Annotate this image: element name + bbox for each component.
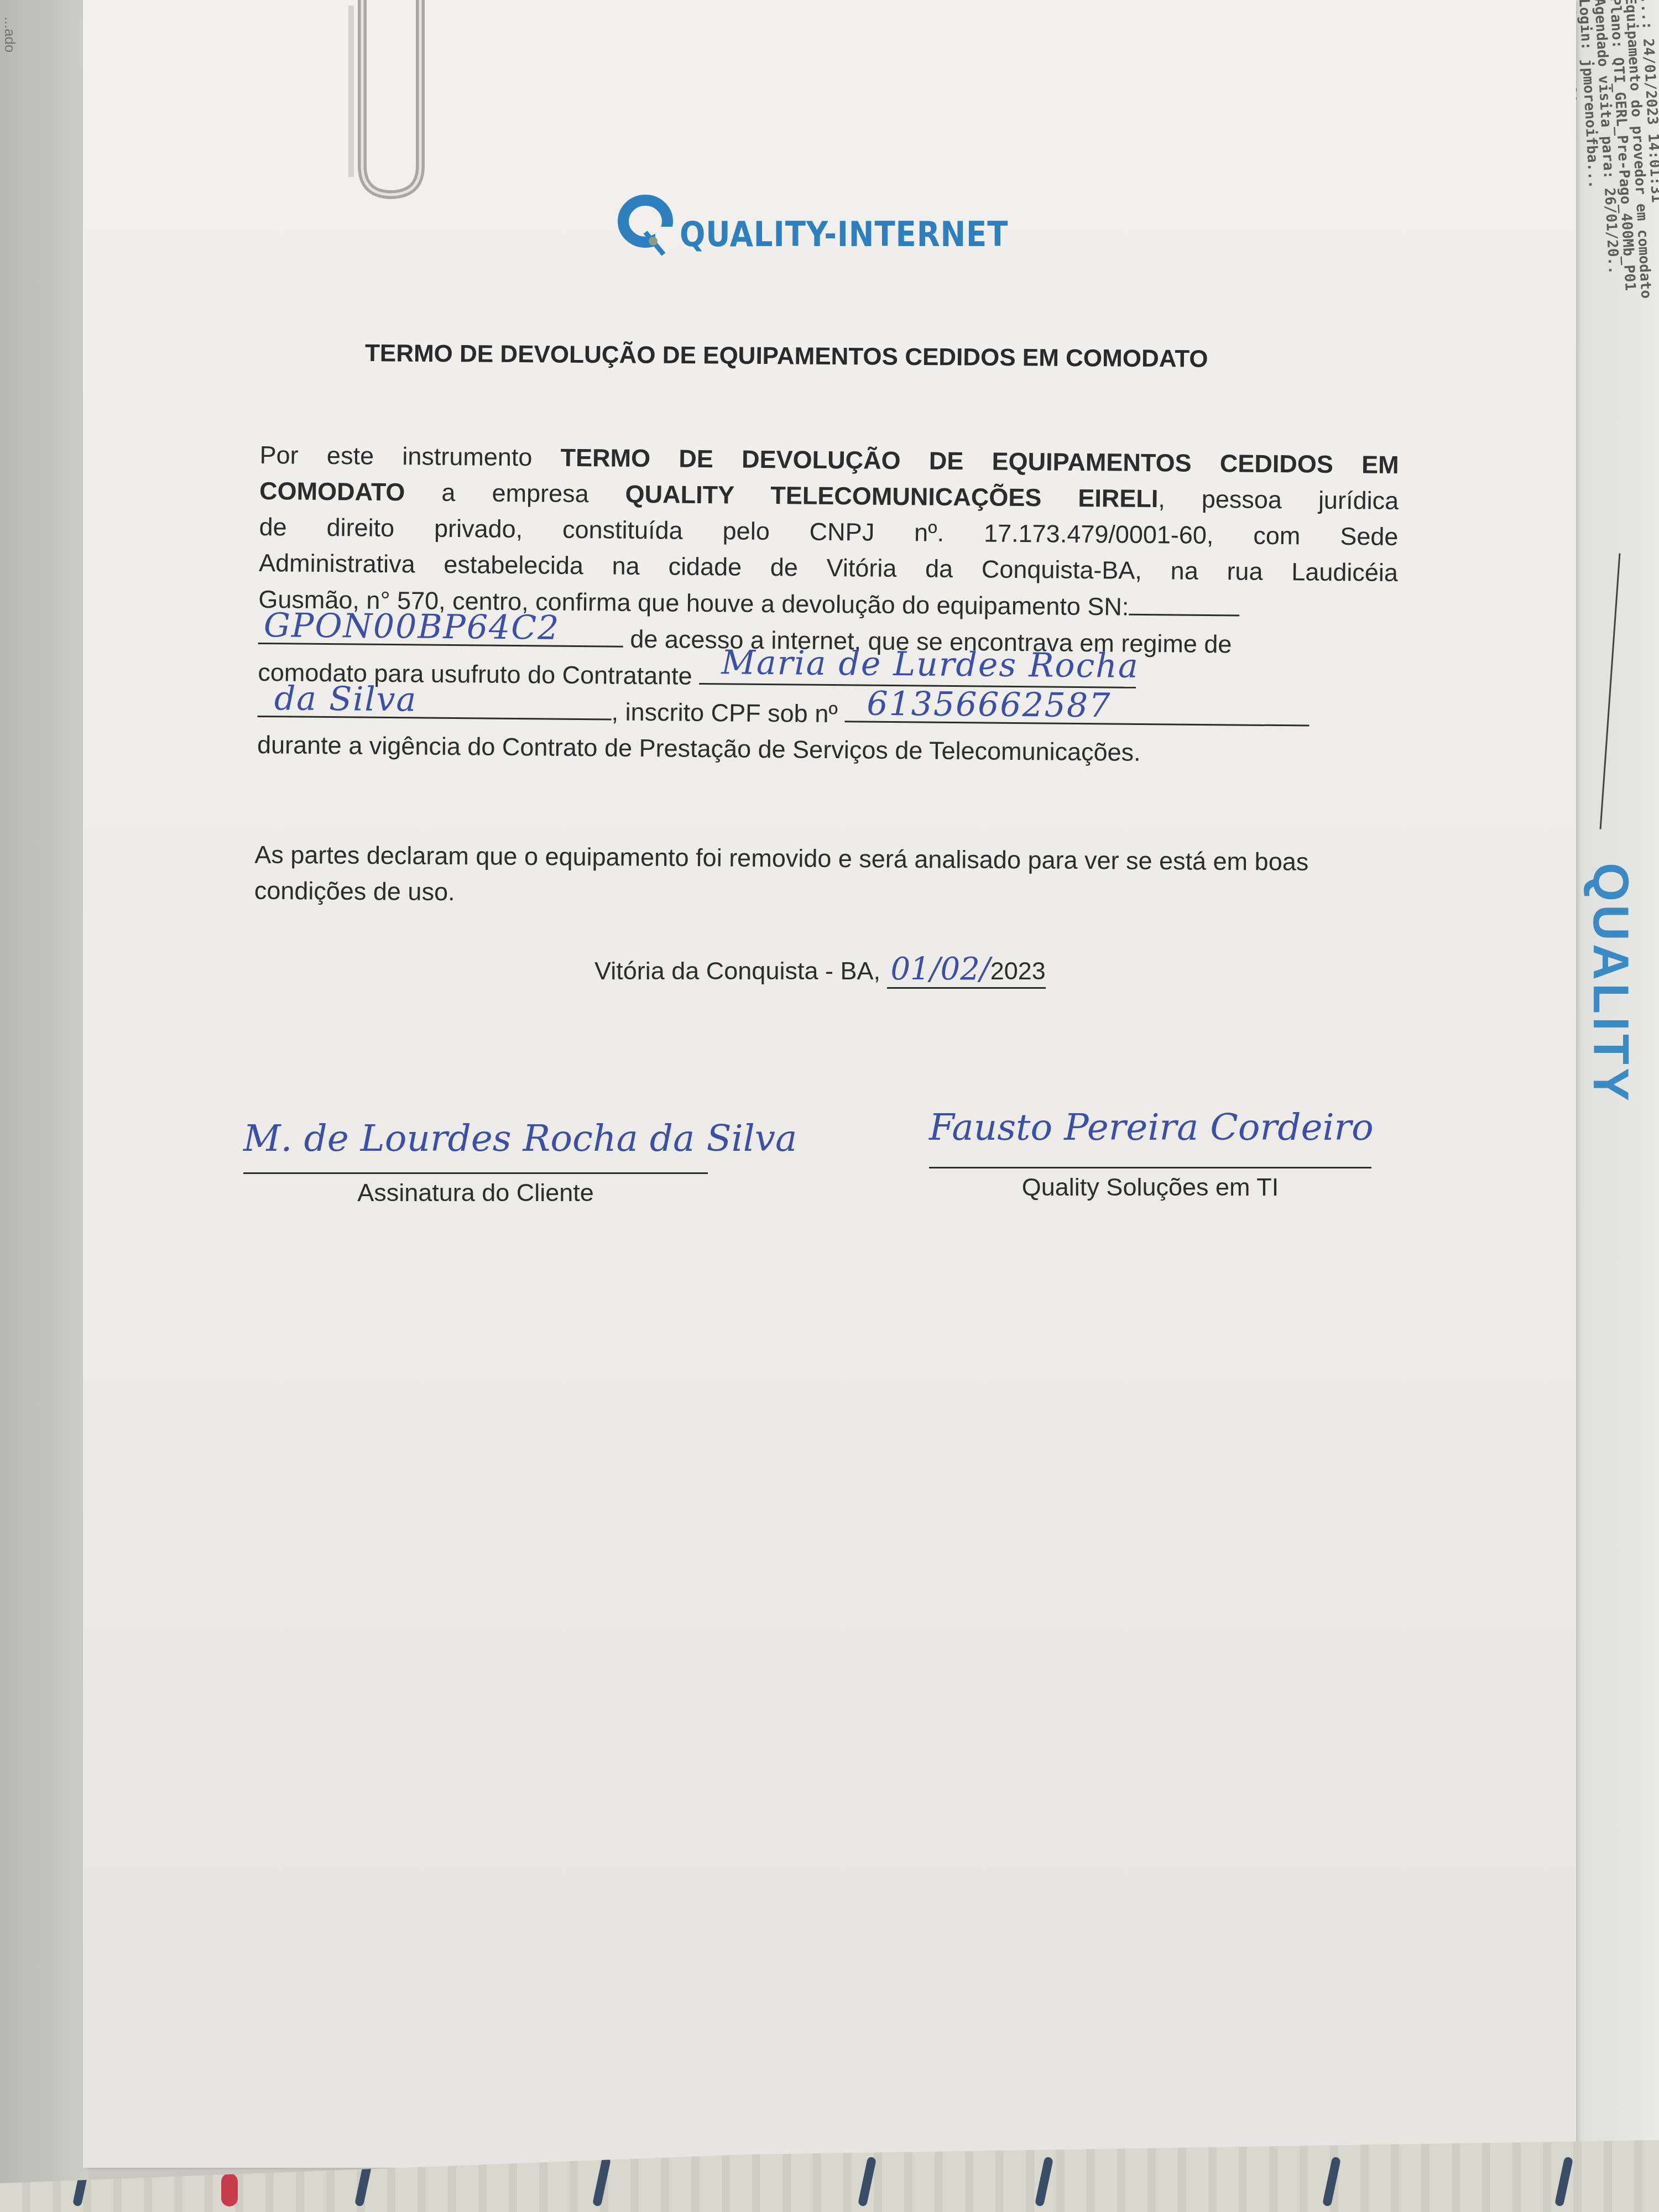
date-field: 01/02/2023: [887, 951, 1045, 989]
serial-number-blank: [1129, 588, 1239, 617]
company-signature-block: Fausto Pereira Cordeiro Quality Soluções…: [929, 1167, 1371, 1202]
contractor-name-handwritten: Maria de Lurdes Rocha: [721, 645, 1139, 685]
company-signature-handwritten: Fausto Pereira Cordeiro: [929, 1106, 1374, 1149]
quality-q-logo-icon: [617, 194, 677, 260]
place-and-date: Vitória da Conquista - BA, 01/02/2023: [594, 951, 1046, 989]
document-page: [83, 0, 1576, 2168]
pattern-leaf: [592, 2156, 611, 2206]
paper-clip-icon: [343, 0, 442, 205]
client-signature-label: Assinatura do Cliente: [243, 1178, 708, 1207]
client-signature-handwritten: M. de Lourdes Rocha da Silva: [243, 1117, 797, 1160]
contractor-name-handwritten-2: da Silva: [274, 681, 418, 718]
contractor-name-continuation-field: da Silva: [258, 690, 612, 721]
paragraph-declaration: Por este instrumento TERMO DE DEVOLUÇÃO …: [257, 437, 1399, 773]
serial-number-field: GPON00BP64C2: [258, 617, 623, 648]
pattern-leaf: [1322, 2156, 1341, 2206]
pattern-leaf: [1554, 2156, 1573, 2206]
pattern-flower: [221, 2173, 238, 2206]
pattern-leaf: [858, 2156, 877, 2206]
background-sheet-rule: [1600, 554, 1621, 830]
cpf-handwritten: 61356662587: [867, 686, 1111, 724]
paragraph-condition: As partes declaram que o equipamento foi…: [254, 837, 1422, 917]
left-edge-text: ...ado: [1, 17, 18, 53]
client-signature-block: M. de Lourdes Rocha da Silva Assinatura …: [243, 1172, 708, 1207]
background-surface-left: ...ado: [0, 0, 88, 2212]
serial-number-handwritten: GPON00BP64C2: [264, 608, 560, 646]
cpf-field: 61356662587: [844, 695, 1309, 726]
signature-line: [929, 1167, 1371, 1168]
company-logo: QUALITY-INTERNET: [617, 194, 1053, 260]
pattern-leaf: [1035, 2156, 1053, 2206]
brand-name: QUALITY-INTERNET: [680, 214, 1008, 254]
background-sheet-logo: QUALITY: [1582, 863, 1639, 1104]
company-signature-label: Quality Soluções em TI: [929, 1173, 1371, 1202]
contractor-name-field: Maria de Lurdes Rocha: [699, 658, 1136, 688]
signature-line: [243, 1172, 708, 1174]
date-handwritten: 01/02/: [890, 951, 990, 987]
